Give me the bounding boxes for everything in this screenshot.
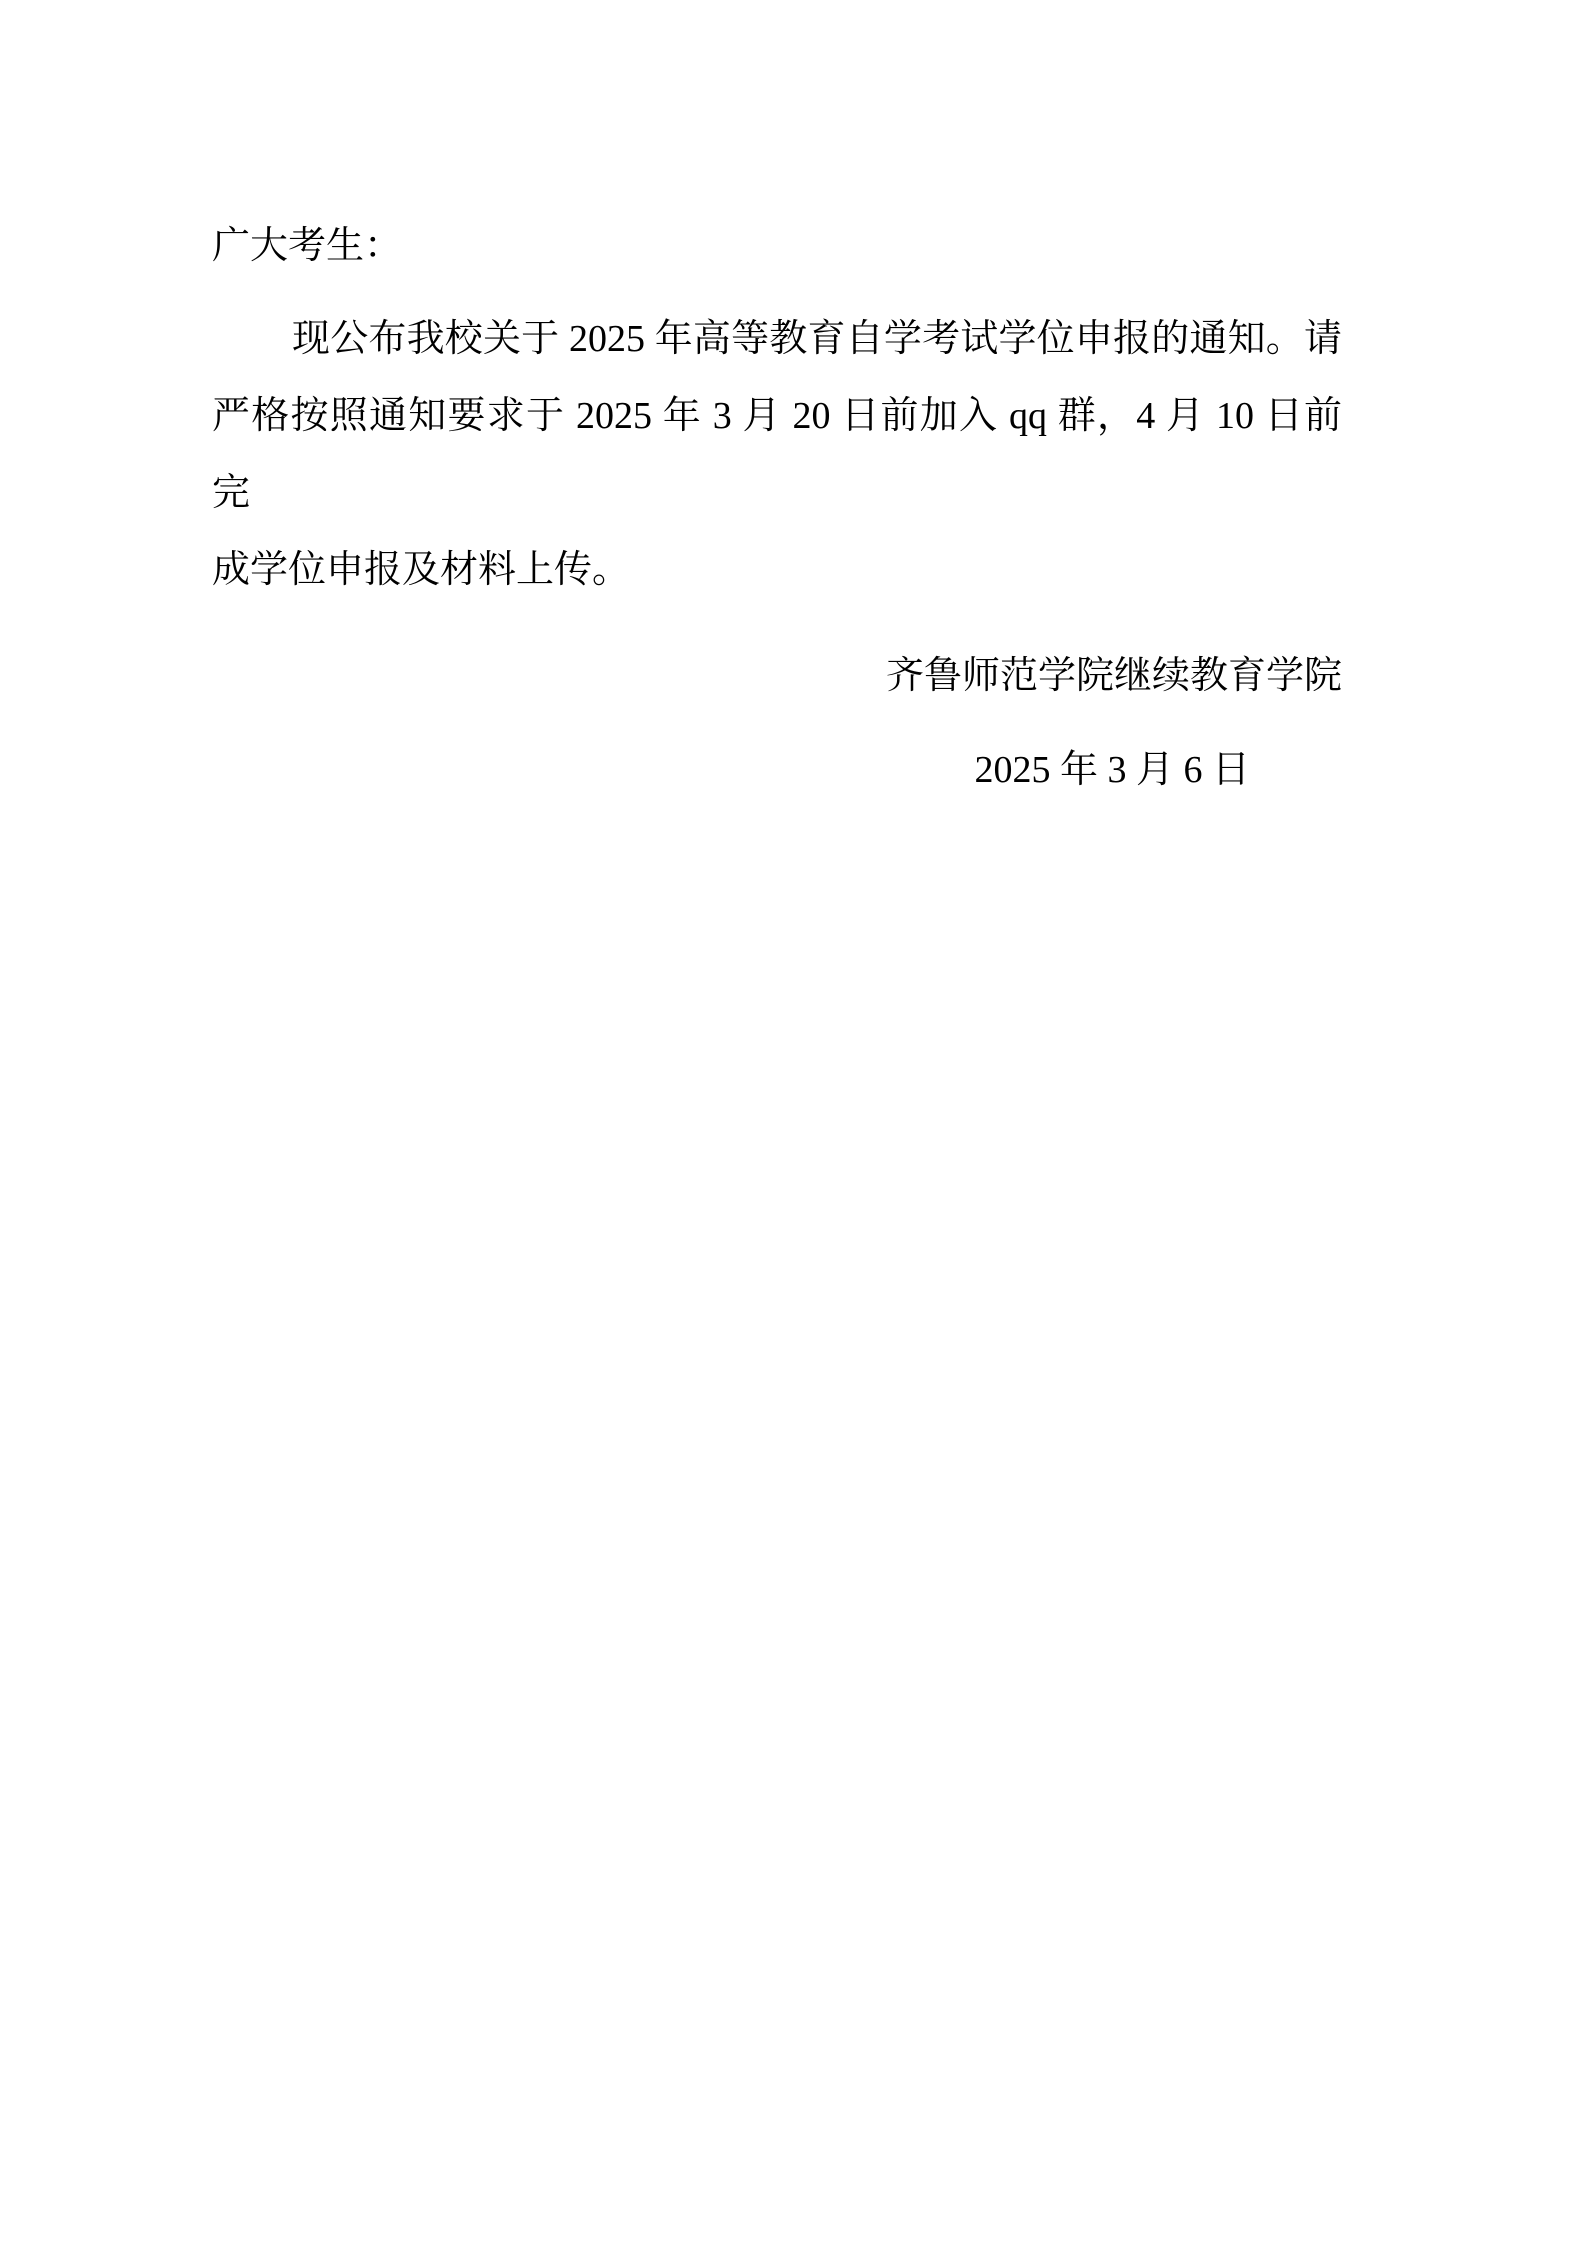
date-line: 2025 年 3 月 6 日 <box>212 732 1342 809</box>
salutation-line: 广大考生： <box>212 208 1342 285</box>
signature-line: 齐鲁师范学院继续教育学院 <box>212 638 1342 715</box>
body-paragraph-line-2: 严格按照通知要求于 2025 年 3 月 20 日前加入 qq 群，4 月 10… <box>212 378 1342 532</box>
body-paragraph-line-1: 现公布我校关于 2025 年高等教育自学考试学位申报的通知。请 <box>212 301 1342 378</box>
document-content: 广大考生： 现公布我校关于 2025 年高等教育自学考试学位申报的通知。请 严格… <box>212 208 1342 809</box>
document-page: 广大考生： 现公布我校关于 2025 年高等教育自学考试学位申报的通知。请 严格… <box>0 0 1587 2245</box>
body-paragraph-line-3: 成学位申报及材料上传。 <box>212 532 1342 609</box>
